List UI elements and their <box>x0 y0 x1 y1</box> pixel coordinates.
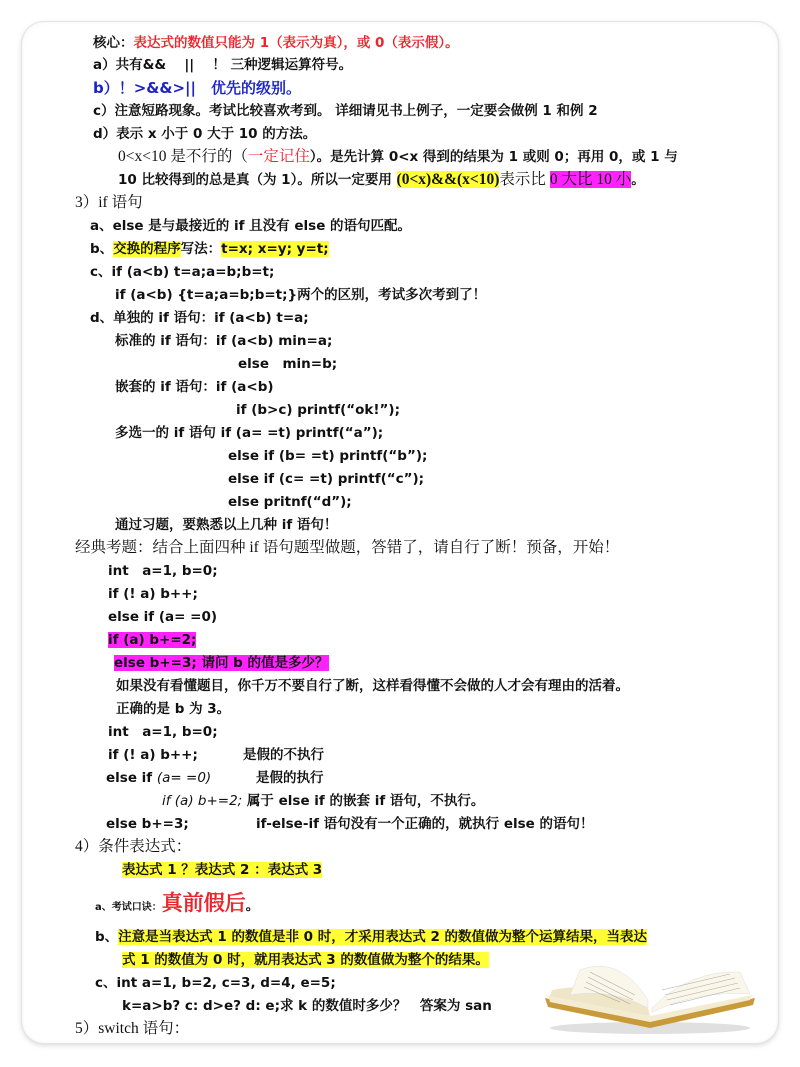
if-item-d10: 通过习题，要熟悉以上几种 if 语句！ <box>115 515 337 535</box>
open-book-icon <box>540 950 760 1035</box>
exam-line-8: int a=1, b=0; <box>108 722 218 742</box>
exam-line-10: else if (a= =0)是假的执行 <box>106 768 211 788</box>
note: 是假的不执行 <box>243 745 324 765</box>
logic-item-a: a）共有&& || ！ 三种逻辑运算符号。 <box>93 55 352 75</box>
section-heading-cond: 4）条件表达式： <box>75 837 191 857</box>
remember-note: 一定记住 <box>248 148 310 165</box>
exam-line-1: int a=1, b=0; <box>108 561 218 581</box>
exam-line-12: else b+=3;if-else-if 语句没有一个正确的，就执行 else … <box>106 814 189 834</box>
logic-d-line2: 10 比较得到的总是真（为 1）。所以一定要用 (0<x)&&(x<10)表示比… <box>118 170 645 190</box>
cond-item-b2: 式 1 的数值为 0 时，就用表达式 3 的数值做为整个的结果。 <box>122 950 489 970</box>
if-item-d3: else min=b; <box>238 354 337 374</box>
logic-item-d: d）表示 x 小于 0 大于 10 的方法。 <box>93 124 316 144</box>
note: if-else-if 语句没有一个正确的，就执行 else 的语句！ <box>256 814 594 834</box>
exam-heading: 经典考题：结合上面四种 if 语句题型做题，答错了，请自行了断！预备，开始！ <box>75 538 619 558</box>
core-text: 表达式的数值只能为 1（表示为真），或 0（表示假）。 <box>134 35 459 51</box>
highlight-note: 注意是当表达式 1 的数值是非 0 时，才采用表达式 2 的数值做为整个运算结果… <box>118 929 647 945</box>
logic-item-b: b）！>&&>|| 优先的级别。 <box>93 78 301 98</box>
text: 0<x<10 是不行的（ <box>118 148 248 165</box>
note: 属于 else if 的嵌套 if 语句，不执行。 <box>242 793 484 809</box>
exam-line-9: if (! a) b++;是假的不执行 <box>108 745 198 765</box>
if-item-d4: 嵌套的 if 语句：if (a<b) <box>115 377 274 397</box>
highlight-expression: 表达式 1 ？表达式 2 ：表达式 3 <box>122 862 322 878</box>
text: 写法： <box>181 241 222 257</box>
cond-item-c1: c、int a=1, b=2, c=3, d=4, e=5; <box>95 973 336 993</box>
section-heading-if: 3）if 语句 <box>75 193 143 213</box>
section-heading-switch: 5）switch 语句： <box>75 1019 189 1039</box>
text: 10 比较得到的总是真（为 1）。所以一定要用 <box>118 172 397 188</box>
text: a、考试口诀： <box>95 902 162 913</box>
exam-line-3: else if (a= =0) <box>108 607 217 627</box>
if-item-d1: d、单独的 if 语句：if (a<b) t=a; <box>90 308 309 328</box>
if-item-b: b、交换的程序写法：t=x; x=y; y=t; <box>90 239 329 259</box>
exam-line-6: 如果没有看懂题目，你千万不要自行了断，这样看得懂不会做的人才会有理由的活着。 <box>116 676 629 696</box>
highlight-note: 式 1 的数值为 0 时，就用表达式 3 的数值做为整个的结果。 <box>122 952 489 968</box>
exam-answer: 正确的是 b 为 3。 <box>116 699 230 719</box>
text: 。 <box>631 172 645 188</box>
logic-d-line1: 0<x<10 是不行的（一定记住）。是先计算 0<x 得到的结果为 1 或则 0… <box>118 147 678 167</box>
if-item-d8: else if (c= =t) printf(“c”); <box>228 469 424 489</box>
highlight-swap-code: t=x; x=y; y=t; <box>221 241 328 257</box>
exam-line-11: if (a) b+=2; 属于 else if 的嵌套 if 语句，不执行。 <box>162 791 484 811</box>
cond-item-a: a、考试口诀：真前假后。 <box>95 893 259 918</box>
if-item-c2: if (a<b) {t=a;a=b;b=t;}两个的区别，考试多次考到了！ <box>115 285 486 305</box>
highlight-swap: 交换的程序 <box>113 241 181 257</box>
mnemonic: 真前假后 <box>162 890 246 915</box>
text: b、 <box>95 929 118 945</box>
highlight-range: 0 大比 10 小 <box>550 171 631 188</box>
code-italic: if (a) b+=2; <box>162 793 242 809</box>
highlight-expression: (0<x)&&(x<10) <box>397 171 500 188</box>
code-italic: (a= =0) <box>157 770 211 786</box>
highlight-question: else b+=3; 请问 b 的值是多少？ <box>114 655 329 671</box>
if-item-a: a、else 是与最接近的 if 且没有 else 的语句匹配。 <box>90 216 411 236</box>
if-item-d9: else pritnf(“d”); <box>228 492 352 512</box>
text: ）。是先计算 0<x 得到的结果为 1 或则 0；再用 0，或 1 与 <box>310 149 678 165</box>
exam-line-2: if (! a) b++; <box>108 584 198 604</box>
if-item-d5: if (b>c) printf(“ok!”); <box>236 400 400 420</box>
text: b、 <box>90 241 113 257</box>
text: 。 <box>246 898 260 914</box>
exam-line-5: else b+=3; 请问 b 的值是多少？ <box>114 653 329 673</box>
if-item-d7: else if (b= =t) printf(“b”); <box>228 446 427 466</box>
logic-item-c: c）注意短路现象。考试比较喜欢考到。 详细请见书上例子，一定要会做例 1 和例 … <box>93 101 598 121</box>
cond-item-b1: b、注意是当表达式 1 的数值是非 0 时，才采用表达式 2 的数值做为整个运算… <box>95 927 647 947</box>
core-line: 核心：表达式的数值只能为 1（表示为真），或 0（表示假）。 <box>93 33 459 53</box>
code: else if <box>106 770 157 786</box>
cond-item-c2: k=a>b? c: d>e? d: e;求 k 的数值时多少？ 答案为 san <box>122 996 492 1016</box>
cond-expression: 表达式 1 ？表达式 2 ：表达式 3 <box>122 860 322 880</box>
if-item-d2: 标准的 if 语句：if (a<b) min=a; <box>115 331 332 351</box>
code: if (! a) b++; <box>108 747 198 763</box>
if-item-d6: 多选一的 if 语句 if (a= =t) printf(“a”); <box>115 423 383 443</box>
exam-line-4: if (a) b+=2; <box>108 630 196 650</box>
core-label: 核心： <box>93 35 134 51</box>
code: else b+=3; <box>106 816 189 832</box>
text: 表示比 <box>499 171 549 188</box>
note: 是假的执行 <box>256 768 324 788</box>
if-item-c1: c、if (a<b) t=a;a=b;b=t; <box>90 262 274 282</box>
highlight-code: if (a) b+=2; <box>108 632 196 648</box>
